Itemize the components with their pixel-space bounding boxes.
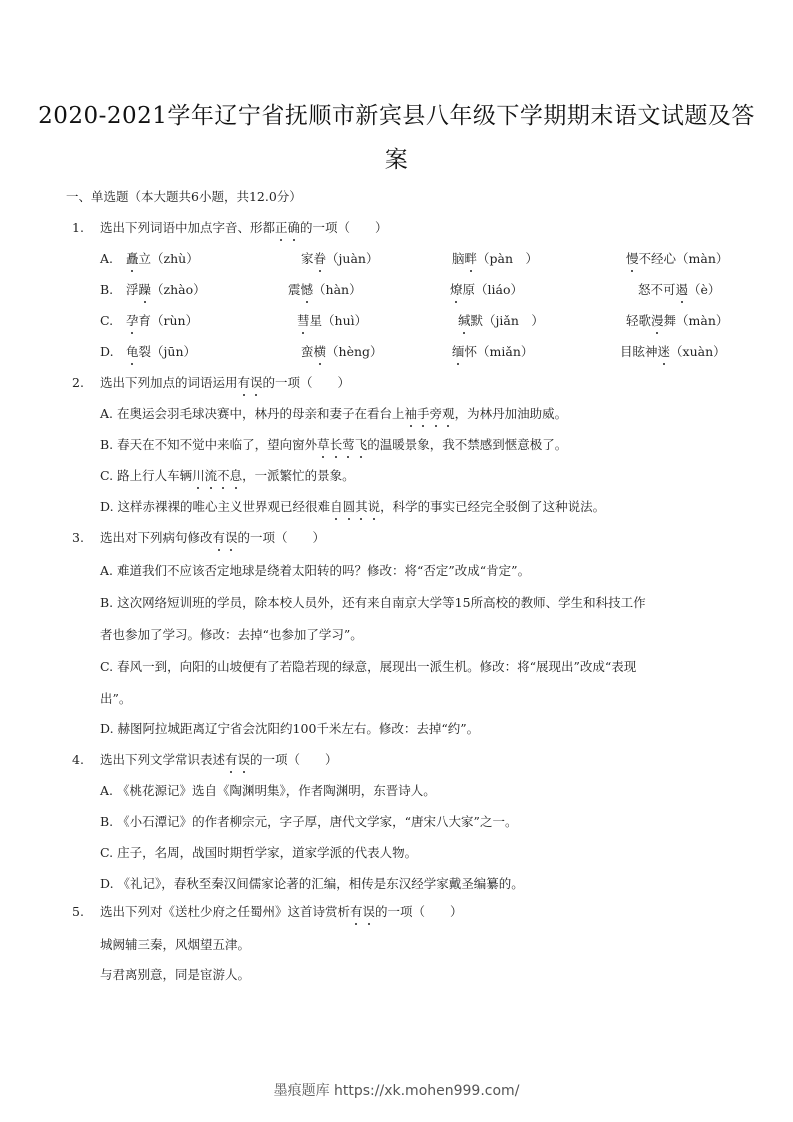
footer-watermark: 墨痕题库 https://xk.mohen999.com/ [0, 1080, 793, 1100]
text: 路上行人车辆 [117, 468, 192, 483]
stem-text: 的一项（ ） [250, 752, 338, 767]
emphasized-char: 迷 [658, 343, 671, 361]
emphasized-char: 有 [238, 374, 251, 392]
option-item: 慢不经心（màn） [626, 250, 728, 268]
option-label: A. [100, 783, 113, 798]
emphasized-text: 正确 [275, 220, 300, 235]
emphasized-char: 其 [355, 498, 368, 516]
option-label: C. [100, 468, 113, 483]
stem-text: 选出对下列病句修改 [100, 530, 213, 545]
question-number: 3. [72, 529, 84, 547]
text: 育（rùn） [139, 313, 199, 328]
emphasized-char: 横 [314, 343, 327, 361]
text: ，科学的事实已经完全驳倒了这种说法。 [380, 499, 605, 514]
text: 立（zhù） [139, 251, 199, 266]
emphasized-char: 憾 [301, 281, 314, 299]
text: 在奥运会羽毛球决赛中，林丹的母亲和妻子在看台上 [117, 406, 405, 421]
stem-text: 选出下列对《送杜少府之任蜀州》这首诗赏析 [100, 904, 350, 919]
emphasized-char: 矗 [126, 250, 139, 268]
option-item: 家眷（juàn） [301, 250, 378, 268]
option-b: B. 《小石潭记》的作者柳宗元，字子厚，唐代文学家，“唐宋八大家”之一。 [100, 813, 517, 831]
question-number: 1. [72, 219, 84, 237]
text: 怒不可 [638, 282, 676, 297]
emphasized-char: 不 [217, 467, 230, 485]
option-c: C. 路上行人车辆川流不息，一派繁忙的景象。 [100, 467, 355, 485]
option-label: B. [100, 437, 113, 452]
option-item: 孕育（rùn） [126, 312, 198, 330]
option-b: B. 春天在不知不觉中来临了，望向窗外草长莺飞的温暖景象，我不禁感到惬意极了。 [100, 436, 567, 454]
emphasized-char: 眷 [314, 250, 327, 268]
emphasized-char: 缅 [452, 343, 465, 361]
emphasized-char: 草 [317, 436, 330, 454]
question-stem: 选出对下列病句修改有误的一项（ ） [100, 529, 325, 547]
emphasized-char: 有 [350, 903, 363, 921]
text: 《礼记》，春秋至秦汉间儒家论著的汇编，相传是东汉经学家戴圣编纂的。 [118, 876, 524, 891]
emphasized-char: 说 [368, 498, 381, 516]
option-d: D. 赫图阿拉城距离辽宁省会沈阳约100千米左右。修改：去掉“约”。 [100, 720, 479, 738]
text: 蛮 [301, 344, 314, 359]
question-number: 2. [72, 374, 84, 392]
question-number: 4. [72, 751, 84, 769]
option-a: A. 在奥运会羽毛球决赛中，林丹的母亲和妻子在看台上袖手旁观，为林丹加油助威。 [100, 405, 567, 423]
emphasized-char: 圆 [343, 498, 356, 516]
emphasized-text: 有误 [213, 530, 238, 545]
text: 赫图阿拉城距离辽宁省会沈阳约100千米左右。修改：去掉“约”。 [118, 721, 480, 736]
emphasized-char: 遏 [676, 281, 689, 299]
emphasized-char: 手 [417, 405, 430, 423]
emphasized-char: 袖 [405, 405, 418, 423]
option-a: A. 难道我们不应该否定地球是绕着太阳转的吗？修改：将“否定”改成“肯定”。 [100, 562, 530, 580]
question-number: 5. [72, 903, 84, 921]
emphasized-char: 有 [225, 751, 238, 769]
text: 家 [301, 251, 314, 266]
question-stem: 选出下列加点的词语运用有误的一项（ ） [100, 374, 350, 392]
emphasized-char: 缄 [458, 312, 471, 330]
emphasized-char: 流 [205, 467, 218, 485]
text: 不经心（màn） [639, 251, 729, 266]
option-item: 脑畔（pàn ） [452, 250, 538, 268]
option-b-continued: 者也参加了学习。修改：去掉“也参加了学习”。 [100, 626, 363, 644]
option-label: A. [100, 563, 113, 578]
option-label: B. [100, 814, 113, 829]
emphasized-char: 莺 [342, 436, 355, 454]
text: （xuàn） [670, 344, 726, 359]
text: ，为林丹加油助威。 [455, 406, 568, 421]
question-stem: 选出下列对《送杜少府之任蜀州》这首诗赏析有误的一项（ ） [100, 903, 463, 921]
option-item: 怒不可遏（è） [638, 281, 720, 299]
text: 怀（miǎn） [465, 344, 534, 359]
emphasized-char: 漫 [651, 312, 664, 330]
option-label: D. [100, 343, 114, 361]
option-c-continued: 出”。 [100, 690, 131, 708]
option-label: D. [100, 499, 114, 514]
stem-text: 的一项（ ） [263, 375, 351, 390]
emphasized-char: 燎 [450, 281, 463, 299]
emphasized-char: 长 [330, 436, 343, 454]
option-item: 目眩神迷（xuàn） [620, 343, 726, 361]
option-label: C. [100, 845, 113, 860]
text: 春风一到，向阳的山坡便有了若隐若现的绿意，展现出一派生机。修改：将“展现出”改成… [117, 659, 636, 674]
emphasized-char: 误 [225, 529, 238, 547]
emphasized-char: 躁 [139, 281, 152, 299]
option-item: 震憾（hàn） [288, 281, 362, 299]
option-item: 浮躁（zhào） [126, 281, 206, 299]
text: （pàn ） [477, 251, 538, 266]
emphasized-text: 自圆其说 [330, 499, 380, 514]
option-item: 轻歌漫舞（màn） [626, 312, 728, 330]
stem-text: 选出下列词语中加点字音、形都 [100, 220, 275, 235]
option-a: A. 《桃花源记》选自《陶渊明集》，作者陶渊明，东晋诗人。 [100, 782, 436, 800]
poem-line-1: 城阙辅三秦，风烟望五津。 [100, 936, 250, 954]
text: 浮 [126, 282, 139, 297]
option-c: C. 春风一到，向阳的山坡便有了若隐若现的绿意，展现出一派生机。修改：将“展现出… [100, 658, 636, 676]
text: 《小石潭记》的作者柳宗元，字子厚，唐代文学家，“唐宋八大家”之一。 [117, 814, 517, 829]
emphasized-char: 飞 [355, 436, 368, 454]
question-stem: 选出下列文学常识表述有误的一项（ ） [100, 751, 338, 769]
text: （hàn） [313, 282, 362, 297]
text: （hèng） [326, 344, 383, 359]
text: 《桃花源记》选自《陶渊明集》，作者陶渊明，东晋诗人。 [117, 783, 436, 798]
emphasized-char: 误 [250, 374, 263, 392]
option-d: D. 这样赤裸裸的唯心主义世界观已经很难自圆其说，科学的事实已经完全驳倒了这种说… [100, 498, 605, 516]
option-item: 矗立（zhù） [126, 250, 199, 268]
option-item: 燎原（liáo） [450, 281, 523, 299]
text: 星（huì） [310, 313, 368, 328]
emphasized-char: 旁 [430, 405, 443, 423]
stem-text: 选出下列加点的词语运用 [100, 375, 238, 390]
question-stem: 选出下列词语中加点字音、形都正确的一项（ ） [100, 219, 388, 237]
emphasized-char: 确 [288, 219, 301, 237]
text: 舞（màn） [664, 313, 729, 328]
emphasized-char: 彗 [297, 312, 310, 330]
text: 难道我们不应该否定地球是绕着太阳转的吗？修改：将“否定”改成“肯定”。 [117, 563, 530, 578]
stem-text: 选出下列文学常识表述 [100, 752, 225, 767]
emphasized-char: 自 [330, 498, 343, 516]
emphasized-text: 有误 [238, 375, 263, 390]
option-b: B. 这次网络短训班的学员，除本校人员外，还有来自南京大学等15所高校的教师、学… [100, 594, 646, 612]
option-c: C. 庄子，名周，战国时期哲学家，道家学派的代表人物。 [100, 844, 417, 862]
stem-text: 的一项（ ） [238, 530, 326, 545]
text: 春天在不知不觉中来临了，望向窗外 [117, 437, 317, 452]
option-label: B. [100, 595, 113, 610]
emphasized-char: 有 [213, 529, 226, 547]
text: 庄子，名周，战国时期哲学家，道家学派的代表人物。 [117, 845, 417, 860]
option-label: C. [100, 659, 113, 674]
option-label: B. [100, 281, 113, 299]
text: 轻歌 [626, 313, 651, 328]
emphasized-char: 孕 [126, 312, 139, 330]
emphasized-char: 正 [275, 219, 288, 237]
option-label: A. [100, 406, 113, 421]
emphasized-char: 畔 [465, 250, 478, 268]
emphasized-text: 川流不息 [192, 468, 242, 483]
emphasized-text: 有误 [225, 752, 250, 767]
text: 脑 [452, 251, 465, 266]
text: ，一派繁忙的景象。 [242, 468, 355, 483]
emphasized-text: 草长莺飞 [317, 437, 367, 452]
text: （juàn） [326, 251, 378, 266]
text: 裂（jūn） [139, 344, 196, 359]
option-item: 缅怀（miǎn） [452, 343, 533, 361]
section-heading: 一、单选题（本大题共6小题，共12.0分） [66, 188, 302, 206]
text: 原（liáo） [463, 282, 523, 297]
text: 这次网络短训班的学员，除本校人员外，还有来自南京大学等15所高校的教师、学生和科… [117, 595, 645, 610]
stem-text: 的一项（ ） [375, 904, 463, 919]
text: 目眩神 [620, 344, 658, 359]
text: 的温暖景象，我不禁感到惬意极了。 [367, 437, 567, 452]
emphasized-char: 误 [363, 903, 376, 921]
option-label: C. [100, 312, 113, 330]
text: （zhào） [151, 282, 206, 297]
option-item: 缄默（jiǎn ） [458, 312, 544, 330]
option-item: 蛮横（hèng） [301, 343, 383, 361]
option-item: 彗星（huì） [297, 312, 367, 330]
text: 默（jiǎn ） [471, 313, 544, 328]
option-d: D. 《礼记》，春秋至秦汉间儒家论著的汇编，相传是东汉经学家戴圣编纂的。 [100, 875, 524, 893]
emphasized-text: 袖手旁观 [405, 406, 455, 421]
emphasized-char: 龟 [126, 343, 139, 361]
emphasized-char: 慢 [626, 250, 639, 268]
emphasized-char: 观 [442, 405, 455, 423]
option-item: 龟裂（jūn） [126, 343, 196, 361]
document-title: 2020-2021学年辽宁省抚顺市新宾县八年级下学期期末语文试题及答 [0, 101, 793, 131]
text: 这样赤裸裸的唯心主义世界观已经很难 [118, 499, 331, 514]
emphasized-char: 息 [230, 467, 243, 485]
emphasized-char: 误 [238, 751, 251, 769]
option-label: A. [100, 250, 113, 268]
text: 震 [288, 282, 301, 297]
emphasized-char: 川 [192, 467, 205, 485]
option-label: D. [100, 721, 114, 736]
poem-line-2: 与君离别意，同是宦游人。 [100, 966, 250, 984]
emphasized-text: 有误 [350, 904, 375, 919]
document-title-continued: 案 [0, 145, 793, 175]
stem-text: 的一项（ ） [300, 220, 388, 235]
text: （è） [688, 282, 720, 297]
option-label: D. [100, 876, 114, 891]
